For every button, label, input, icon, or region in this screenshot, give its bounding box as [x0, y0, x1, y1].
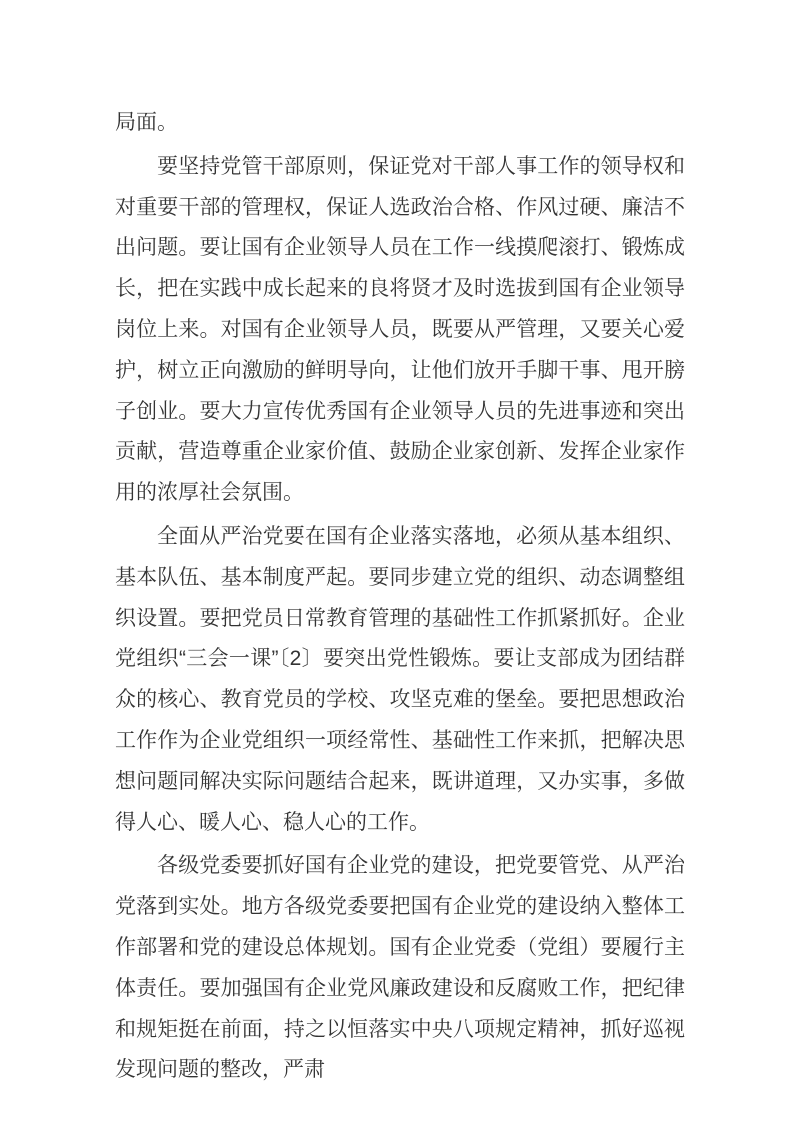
paragraph: 全面从严治党要在国有企业落实落地，必须从基本组织、基本队伍、基本制度严起。要同步… — [115, 517, 685, 843]
paragraph: 各级党委要抓好国有企业党的建设，把党要管党、从严治党落到实处。地方各级党委要把国… — [115, 846, 685, 1091]
document-page: 局面。 要坚持党管干部原则，保证党对干部人事工作的领导权和对重要干部的管理权，保… — [0, 0, 800, 1130]
paragraph: 要坚持党管干部原则，保证党对干部人事工作的领导权和对重要干部的管理权，保证人选政… — [115, 147, 685, 514]
text-block: 局面。 要坚持党管干部原则，保证党对干部人事工作的领导权和对重要干部的管理权，保… — [115, 103, 685, 1094]
paragraph-continuation: 局面。 — [115, 103, 685, 144]
